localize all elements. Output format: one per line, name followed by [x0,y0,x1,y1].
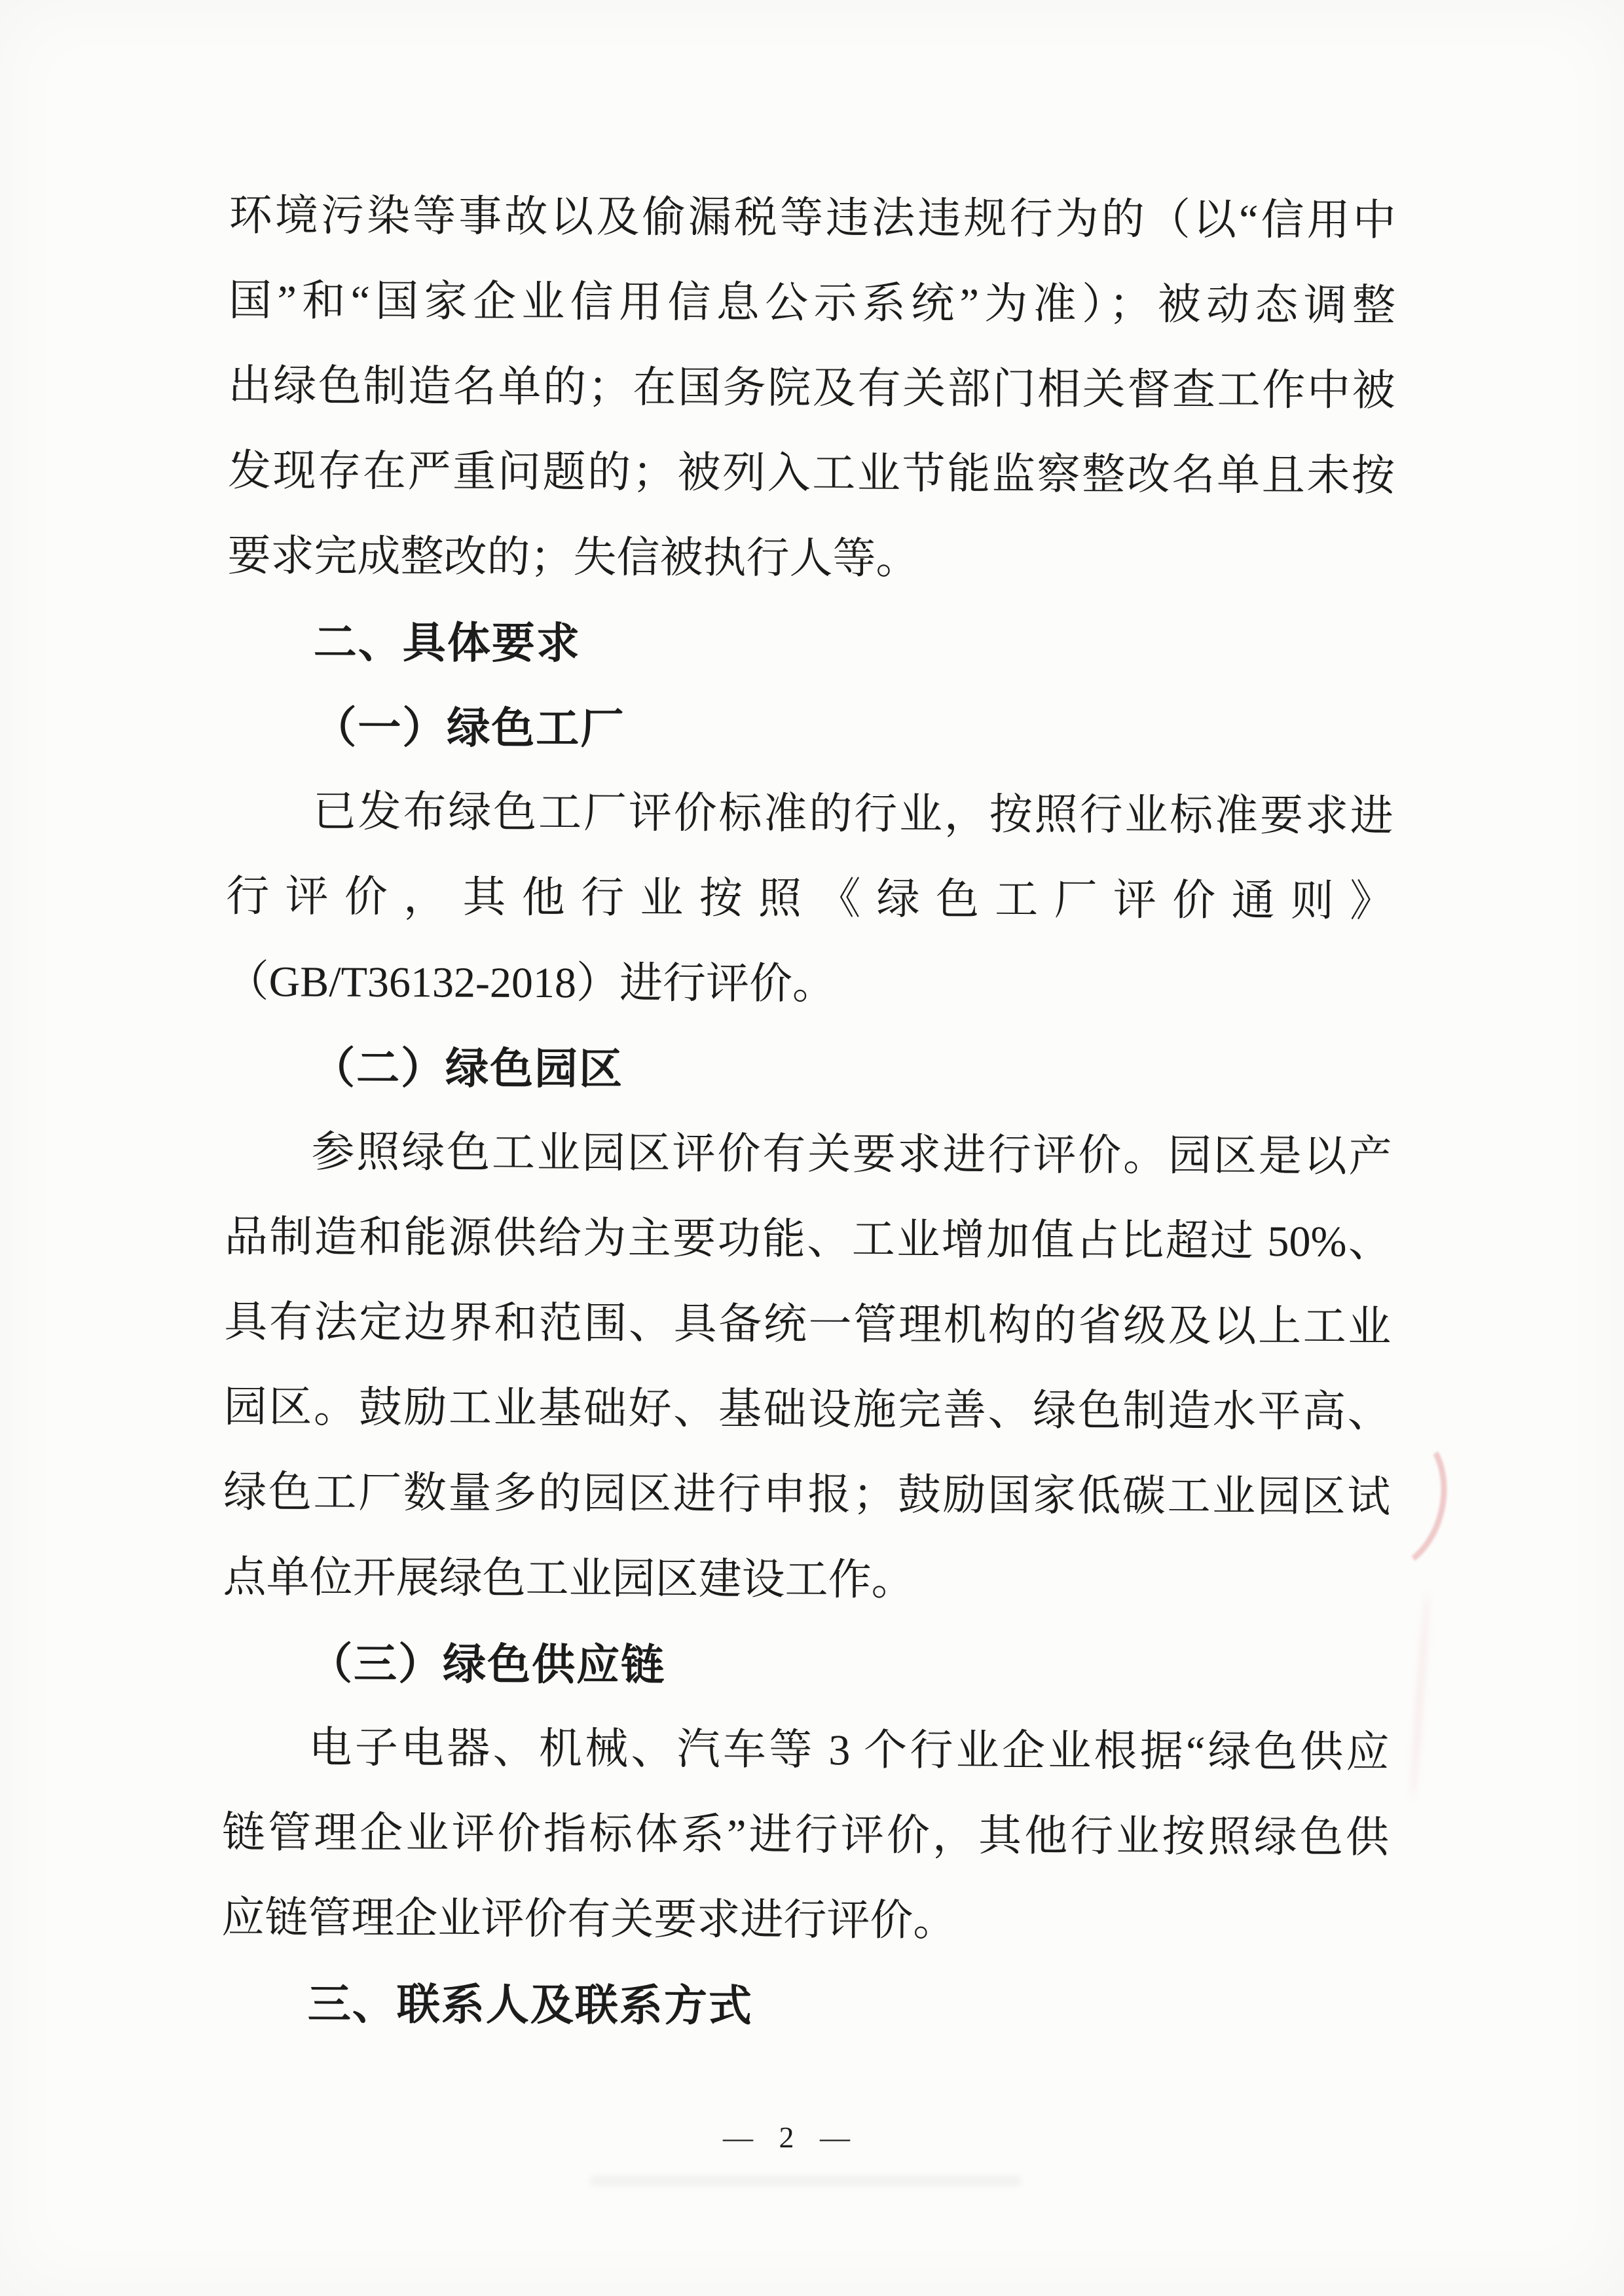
scanned-document-page: 环境污染等事故以及偷漏税等违法违规行为的（以“信用中 国”和“国家企业信用信息公… [0,0,1624,2296]
text-line: 链管理企业评价指标体系”进行评价，其他行业按照绿色供 [222,1791,1390,1881]
section-heading: （二）绿色园区 [225,1025,1393,1115]
text-line: 国”和“国家企业信用信息公示系统”为准）；被动态调整 [229,259,1396,349]
text-line: 环境污染等事故以及偷漏税等违法违规行为的（以“信用中 [229,173,1396,264]
text-line: 点单位开展绿色工业园区建设工作。 [223,1535,1390,1626]
text-line: 要求完成整改的；失信被执行人等。 [227,514,1395,604]
text-line: 应链管理企业评价有关要求进行评价。 [221,1876,1389,1966]
section-heading: 二、具体要求 [227,599,1395,689]
text-line: 已发布绿色工厂评价标准的行业，按照行业标准要求进 [226,769,1393,860]
text-line: 出绿色制造名单的；在国务院及有关部门相关督查工作中被 [228,344,1395,434]
text-line: 参照绿色工业园区评价有关要求进行评价。园区是以产 [225,1110,1392,1200]
text-line: 电子电器、机械、汽车等 3 个行业企业根据“绿色供应 [222,1705,1390,1796]
text-line: 品制造和能源供给为主要功能、工业增加值占比超过 50%、 [225,1195,1392,1285]
text-line: 园区。鼓励工业基础好、基础设施完善、绿色制造水平高、 [223,1365,1391,1455]
text-line: （GB/T36132-2018）进行评价。 [225,939,1393,1030]
text-line: 发现存在严重问题的；被列入工业节能监察整改名单且未按 [228,429,1395,519]
text-line: 绿色工厂数量多的园区进行申报；鼓励国家低碳工业园区试 [223,1450,1391,1540]
text-line: 具有法定边界和范围、具备统一管理机构的省级及以上工业 [224,1280,1392,1370]
scan-noise [589,2175,1022,2187]
section-heading: （一）绿色工厂 [227,684,1394,774]
document-body: 环境污染等事故以及偷漏税等违法违规行为的（以“信用中 国”和“国家企业信用信息公… [221,173,1396,2051]
section-heading: 三、联系人及联系方式 [221,1961,1389,2051]
page-number: — 2 — [0,2120,1582,2155]
section-heading: （三）绿色供应链 [223,1620,1390,1711]
red-stamp-smudge [1409,1591,1431,1800]
text-line: 行评价，其他行业按照《绿色工厂评价通则》 [226,854,1393,945]
